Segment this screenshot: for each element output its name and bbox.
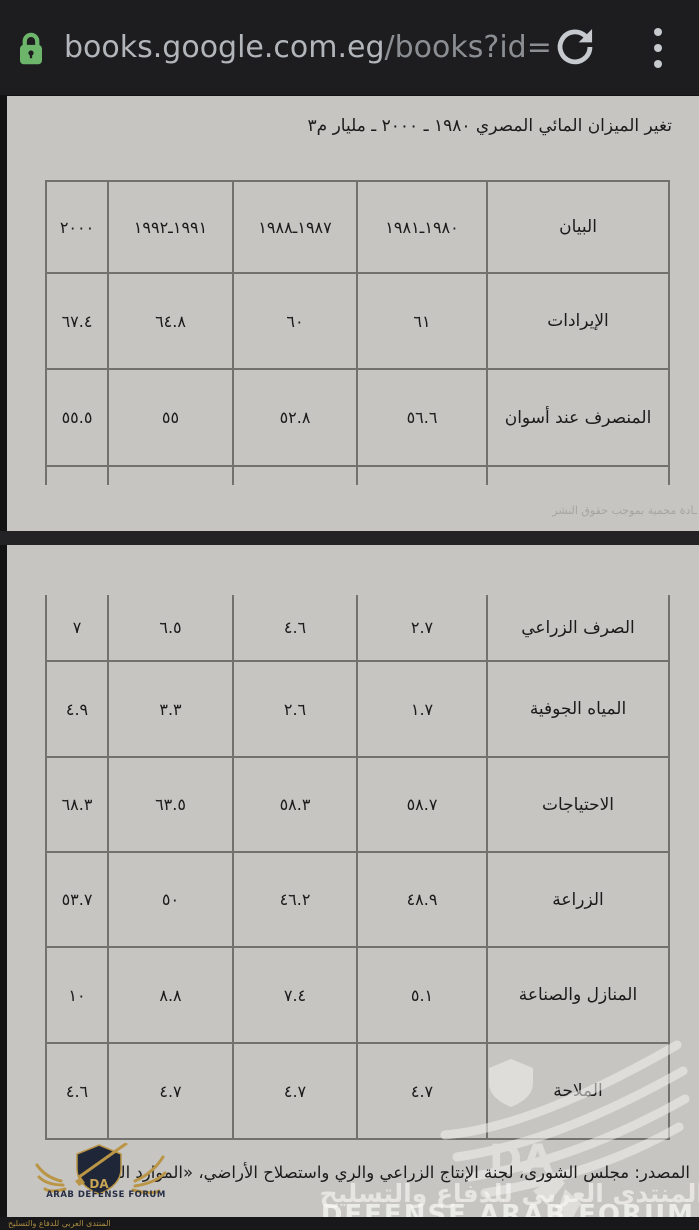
- table-value-cell: ٥٢.٨: [234, 370, 358, 467]
- table-value-cell: ٨.٨: [109, 948, 234, 1044]
- table-value-cell: ٢.٧: [358, 595, 488, 662]
- table-value-cell: [234, 467, 358, 485]
- table-value-cell: ٢.٦: [234, 662, 358, 758]
- forum-logo-initials: DA: [89, 1177, 109, 1191]
- bottom-bar-gold-text: المنتدى العربي للدفاع والتسليح: [8, 1219, 111, 1228]
- table-value-cell: ٦٠: [234, 274, 358, 370]
- table-value-cell: ٥٠: [109, 853, 234, 948]
- table-value-cell: [109, 467, 234, 485]
- table-value-cell: ٦٨.٣: [47, 758, 109, 853]
- table-value-cell: ٥٥: [109, 370, 234, 467]
- table-value-cell: ٥٨.٣: [234, 758, 358, 853]
- copyright-notice: ـادة محمية بموجب حقوق النشر: [552, 504, 697, 517]
- table-value-cell: ٧: [47, 595, 109, 662]
- table-value-cell: ٦٤.٨: [109, 274, 234, 370]
- refresh-button[interactable]: [552, 24, 598, 70]
- table-value-cell: ٥٦.٦: [358, 370, 488, 467]
- url-host: books.google.com.eg: [64, 30, 385, 65]
- page-separator: [0, 531, 699, 545]
- table-value-cell: ٣.٣: [109, 662, 234, 758]
- browser-chrome: books.google.com.eg/books?id=: [0, 0, 699, 95]
- table-value-cell: [47, 467, 109, 485]
- watermark-latin-text: DEFENSE ARAB FORUM: [321, 1200, 695, 1217]
- table-value-cell: ١٩٩٢ـ١٩٩١: [109, 182, 234, 274]
- table-value-cell: ٤.٧: [234, 1044, 358, 1140]
- book-viewer: تغير الميزان المائي المصري ١٩٨٠ ـ ٢٠٠٠ ـ…: [0, 95, 699, 1230]
- table-label-cell: الإيرادات: [488, 274, 670, 370]
- three-dot-menu-icon[interactable]: [648, 26, 668, 70]
- url-path: /books?id=: [385, 30, 552, 65]
- table-value-cell: ٤.٩: [47, 662, 109, 758]
- table-value-cell: ٦١: [358, 274, 488, 370]
- water-balance-table-top: ٢٠٠٠١٩٩٢ـ١٩٩١١٩٨٨ـ١٩٨٧١٩٨١ـ١٩٨٠البيان٦٧.…: [45, 180, 670, 485]
- forum-logo: DA ARAB DEFENSE FORUM: [31, 1143, 181, 1209]
- book-page-1: تغير الميزان المائي المصري ١٩٨٠ ـ ٢٠٠٠ ـ…: [7, 96, 699, 531]
- table-value-cell: ٥٣.٧: [47, 853, 109, 948]
- table-value-cell: ٤.٧: [109, 1044, 234, 1140]
- url-bar[interactable]: books.google.com.eg/books?id=: [64, 30, 552, 65]
- table-value-cell: [358, 467, 488, 485]
- table-label-cell: الصرف الزراعي: [488, 595, 670, 662]
- table-label-cell: البيان: [488, 182, 670, 274]
- table-value-cell: ٤.٦: [47, 1044, 109, 1140]
- table-value-cell: ٤.٦: [234, 595, 358, 662]
- table-value-cell: ١٠: [47, 948, 109, 1044]
- table-value-cell: ٦.٥: [109, 595, 234, 662]
- book-page-2: ٧٦.٥٤.٦٢.٧الصرف الزراعي٤.٩٣.٣٢.٦١.٧الميا…: [7, 545, 699, 1217]
- page-title: تغير الميزان المائي المصري ١٩٨٠ ـ ٢٠٠٠ ـ…: [308, 116, 672, 136]
- table-value-cell: ٦٣.٥: [109, 758, 234, 853]
- table-value-cell: ٧.٤: [234, 948, 358, 1044]
- table-value-cell: ٢٠٠٠: [47, 182, 109, 274]
- table-value-cell: ١٩٨٨ـ١٩٨٧: [234, 182, 358, 274]
- table-label-cell: المنصرف عند أسوان: [488, 370, 670, 467]
- lock-icon[interactable]: [16, 29, 46, 67]
- table-label-cell: الاحتياجات: [488, 758, 670, 853]
- forum-logo-text: ARAB DEFENSE FORUM: [31, 1190, 181, 1200]
- table-label-cell: المياه الجوفية: [488, 662, 670, 758]
- table-value-cell: ١٩٨١ـ١٩٨٠: [358, 182, 488, 274]
- table-label-cell: الزراعة: [488, 853, 670, 948]
- table-value-cell: ٤٦.٢: [234, 853, 358, 948]
- table-value-cell: ٥٥.٥: [47, 370, 109, 467]
- table-value-cell: ٦٧.٤: [47, 274, 109, 370]
- table-label-cell: [488, 467, 670, 485]
- table-value-cell: ١.٧: [358, 662, 488, 758]
- table-value-cell: ٤٨.٩: [358, 853, 488, 948]
- table-value-cell: ٥٨.٧: [358, 758, 488, 853]
